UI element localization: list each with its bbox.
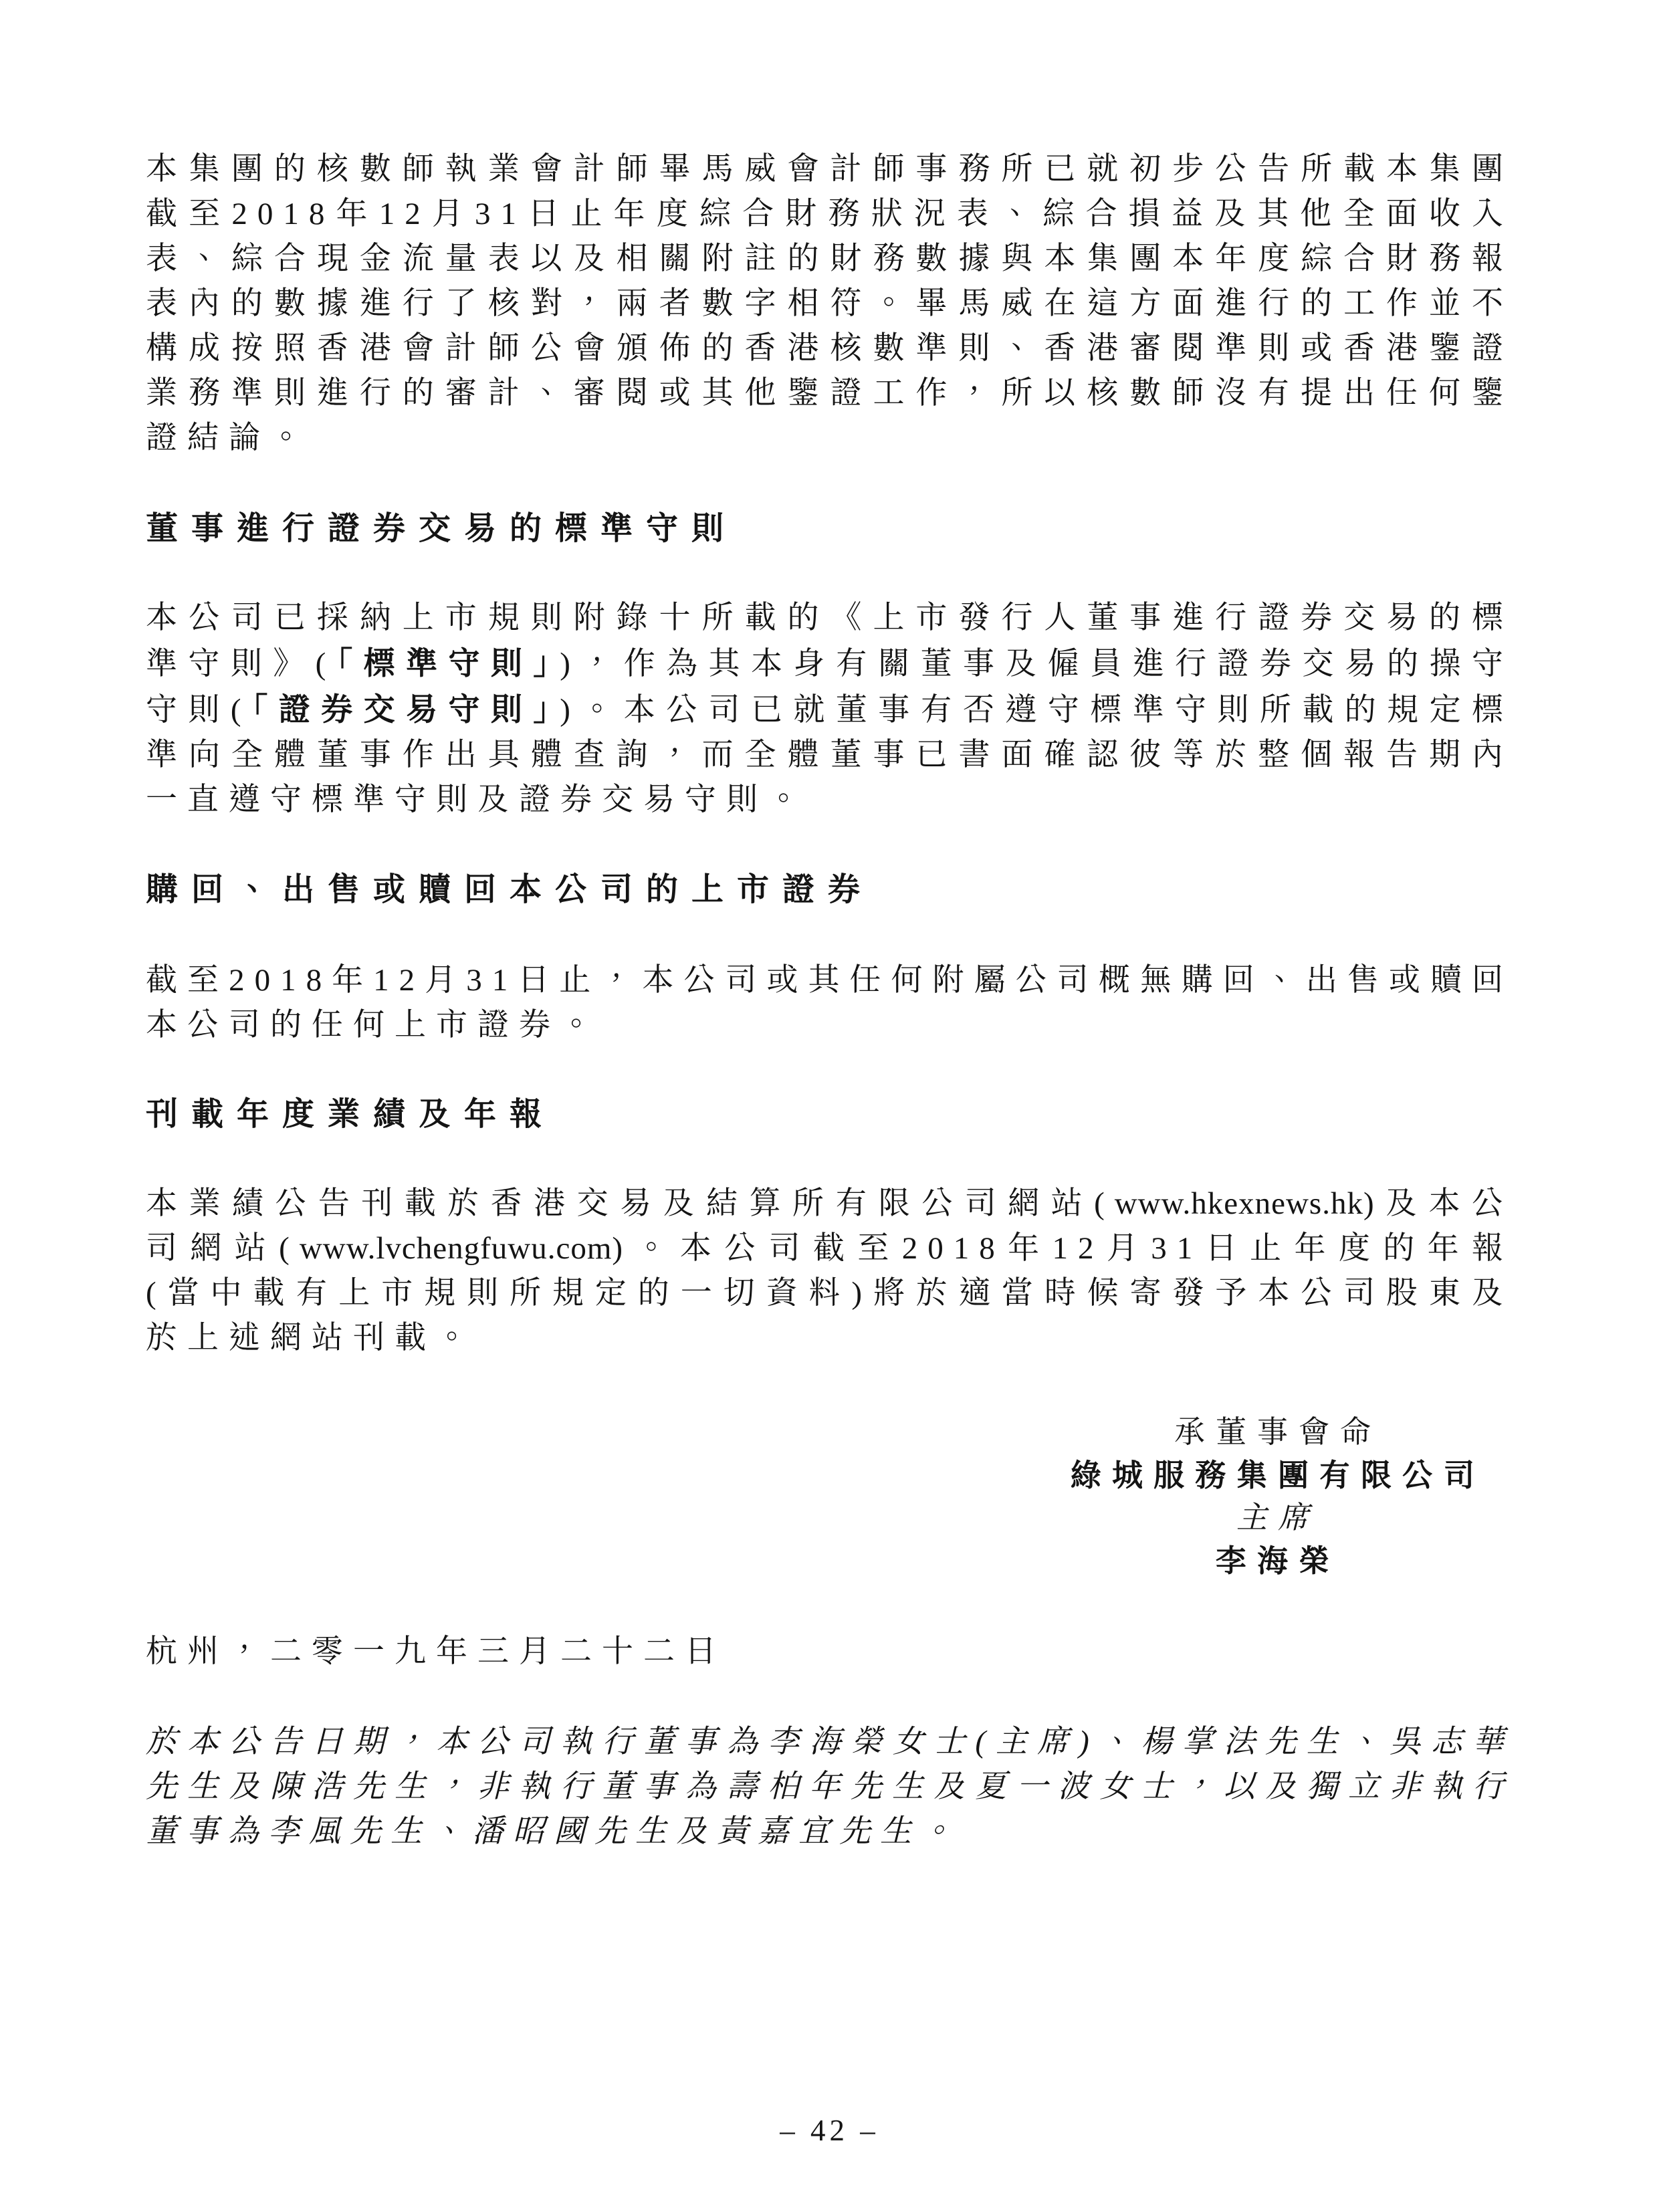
signature-block: 承董事會命 綠城服務集團有限公司 主席 李海榮 — [1071, 1411, 1485, 1582]
directors-composition-note: 於本公告日期，本公司執行董事為李海榮女士(主席)、楊掌法先生、吳志華先生及陳浩先… — [146, 1720, 1513, 1854]
heading-repurchase: 購回、出售或贖回本公司的上市證券 — [146, 870, 1513, 910]
signatory-title: 主席 — [1071, 1497, 1485, 1539]
auditor-verification-paragraph: 本集團的核數師執業會計師畢馬威會計師事務所已就初步公告所載本集團截至2018年1… — [146, 147, 1513, 461]
hkex-website-url: www.hkexnews.hk — [1115, 1186, 1363, 1221]
publication-paragraph: 本業績公告刊載於香港交易及結算所有限公司網站(www.hkexnews.hk)及… — [146, 1182, 1513, 1361]
model-code-paragraph: 本公司已採納上市規則附錄十所載的《上市發行人董事進行證券交易的標準守則》(「標準… — [146, 596, 1513, 822]
heading-publication: 刊載年度業績及年報 — [146, 1095, 1513, 1135]
publication-text-1: 本業績公告刊載於香港交易及結算所有限公司網站( — [146, 1186, 1115, 1221]
heading-model-code: 董事進行證券交易的標準守則 — [146, 509, 1513, 549]
place-and-date-line: 杭州，二零一九年三月二十二日 — [146, 1630, 1513, 1674]
defined-term-securities-dealing-code: 「證券交易守則」 — [251, 691, 560, 727]
document-page: 本集團的核數師執業會計師畢馬威會計師事務所已就初步公告所載本集團截至2018年1… — [0, 0, 1659, 2212]
page-number: – 42 – — [0, 2113, 1659, 2148]
company-website-url: www.lvchengfuwu.com — [300, 1231, 613, 1266]
by-order-of-board-line: 承董事會命 — [1071, 1411, 1485, 1454]
signatory-name: 李海榮 — [1071, 1539, 1485, 1582]
defined-term-model-code: 「標準守則」 — [336, 645, 560, 681]
company-name: 綠城服務集團有限公司 — [1071, 1454, 1485, 1497]
repurchase-paragraph: 截至2018年12月31日止，本公司或其任何附屬公司概無購回、出售或贖回本公司的… — [146, 958, 1513, 1048]
